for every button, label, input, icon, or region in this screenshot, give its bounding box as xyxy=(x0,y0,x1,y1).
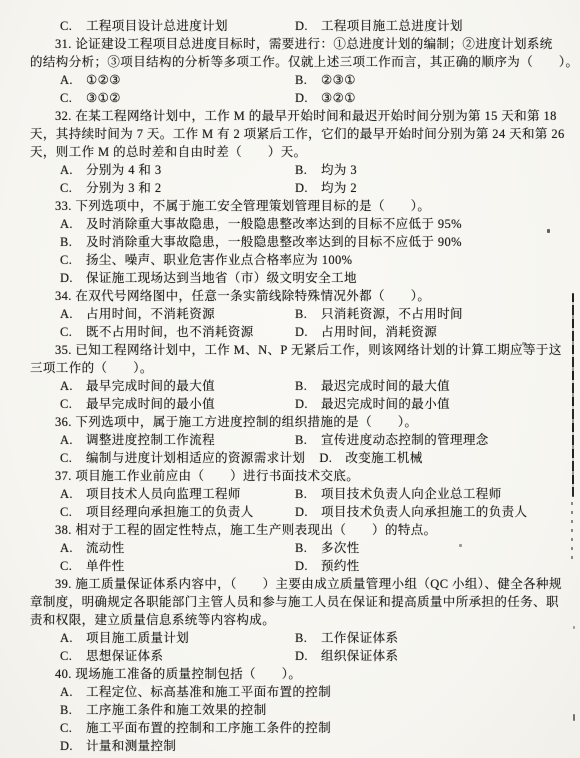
scan-streak-artifact xyxy=(572,293,574,497)
option-text: 工程项目设计总进度计划 xyxy=(86,19,228,33)
option-text: 及时消除重大事故隐患，一般隐患整改率达到的目标不应低于 95% xyxy=(86,217,462,231)
question-stem-line: 天，则工作 M 的总时差和自由时差（ ）天。 xyxy=(30,143,551,161)
option-a: A.流动性 xyxy=(60,539,295,557)
scan-speck xyxy=(573,626,575,629)
option-d: D.占用时间，消耗资源 xyxy=(295,323,437,341)
option-row: A.调整进度控制工作流程 B.宣传进度动态控制的管理理念 xyxy=(30,431,551,449)
exam-content: C.工程项目设计总进度计划 D.工程项目施工总进度计划 31. 论证建设工程项目… xyxy=(30,17,551,755)
option-text: 项目技术负责人向承担施工的负责人 xyxy=(321,505,527,519)
option-label: C. xyxy=(60,251,86,269)
option-label: D. xyxy=(60,269,86,287)
option-label: D. xyxy=(295,323,321,341)
option-label: A. xyxy=(60,71,86,89)
option-label: A. xyxy=(60,683,86,701)
question-stem-line: 34. 在双代号网络图中，任意一条实箭线除特殊情况外都（ ）。 xyxy=(30,287,551,305)
option-d: D.工程项目施工总进度计划 xyxy=(295,17,463,35)
option-c: C.工程项目设计总进度计划 xyxy=(60,17,295,35)
option-line: C.施工平面布置的控制和工序施工条件的控制 xyxy=(30,719,551,737)
option-text: 及时消除重大事故隐患，一般隐患整改率达到的目标不应低于 90% xyxy=(86,235,462,249)
question-stem-line: 40. 现场施工准备的质量控制包括（ ）。 xyxy=(30,665,551,683)
option-d: D.最迟完成时间的最小值 xyxy=(295,395,450,413)
question-39: 39. 施工质量保证体系内容中，（ ）主要由成立质量管理小组（QC 小组）、健全… xyxy=(30,575,551,665)
question-stem-line: 32. 在某工程网络计划中，工作 M 的最早开始时间和最迟开始时间分别为第 15… xyxy=(30,107,551,125)
option-label: C. xyxy=(60,395,86,413)
option-d: D.改变施工机械 xyxy=(319,449,422,467)
question-stem-line: 天，其持续时间为 7 天。工作 M 有 2 项紧后工作，它们的最早开始时间分别为… xyxy=(30,125,551,143)
option-label: B. xyxy=(295,485,321,503)
option-b: B.只消耗资源，不占用时间 xyxy=(295,305,463,323)
option-line: C.扬尘、噪声、职业危害作业点合格率应为 100% xyxy=(30,251,551,269)
option-label: A. xyxy=(60,539,86,557)
option-text: ②③① xyxy=(321,73,356,87)
option-row: C.③①② D.③②① xyxy=(30,89,551,107)
option-label: B. xyxy=(295,161,321,179)
option-row: C.思想保证体系 D.组织保证体系 xyxy=(30,647,551,665)
option-c: C.编制与进度计划相适应的资源需求计划 xyxy=(60,449,319,467)
option-label: C. xyxy=(60,719,86,737)
option-b: B.工作保证体系 xyxy=(295,629,398,647)
option-text: 单件性 xyxy=(86,559,125,573)
option-label: D. xyxy=(295,557,321,575)
question-34: 34. 在双代号网络图中，任意一条实箭线除特殊情况外都（ ）。 A.占用时间，不… xyxy=(30,287,551,341)
option-c: C.单件性 xyxy=(60,557,295,575)
option-row: A.项目施工质量计划 B.工作保证体系 xyxy=(30,629,551,647)
question-32: 32. 在某工程网络计划中，工作 M 的最早开始时间和最迟开始时间分别为第 15… xyxy=(30,107,551,197)
exam-page: C.工程项目设计总进度计划 D.工程项目施工总进度计划 31. 论证建设工程项目… xyxy=(0,0,580,758)
option-label: C. xyxy=(60,17,86,35)
option-a: A.项目施工质量计划 xyxy=(60,629,295,647)
option-line: A.及时消除重大事故隐患，一般隐患整改率达到的目标不应低于 95% xyxy=(30,215,551,233)
option-text: 工序施工条件和施工效果的控制 xyxy=(86,703,267,717)
question-37: 37. 项目施工作业前应由（ ）进行书面技术交底。 A.项目技术人员向监理工程师… xyxy=(30,467,551,521)
option-d: D.均为 2 xyxy=(295,179,357,197)
option-label: A. xyxy=(60,629,86,647)
question-stem-line: 37. 项目施工作业前应由（ ）进行书面技术交底。 xyxy=(30,467,551,485)
option-line: A.工程定位、标高基准和施工平面布置的控制 xyxy=(30,683,551,701)
option-text: 均为 2 xyxy=(321,181,357,195)
option-d: D.项目技术负责人向承担施工的负责人 xyxy=(295,503,527,521)
option-line: B.及时消除重大事故隐患，一般隐患整改率达到的目标不应低于 90% xyxy=(30,233,551,251)
option-label: B. xyxy=(295,629,321,647)
option-label: D. xyxy=(295,503,321,521)
option-label: A. xyxy=(60,377,86,395)
option-text: 占用时间，消耗资源 xyxy=(321,325,437,339)
option-text: 思想保证体系 xyxy=(86,649,163,663)
option-row: A.流动性 B.多次性 xyxy=(30,539,551,557)
option-text: 项目技术人员向监理工程师 xyxy=(86,487,241,501)
option-label: C. xyxy=(60,449,86,467)
option-b: B.宣传进度动态控制的管理理念 xyxy=(295,431,489,449)
option-a: A.项目技术人员向监理工程师 xyxy=(60,485,295,503)
option-label: D. xyxy=(60,737,86,755)
scan-speck xyxy=(573,714,575,721)
option-text: 均为 3 xyxy=(321,163,357,177)
option-b: B.最迟完成时间的最大值 xyxy=(295,377,450,395)
option-row: A.项目技术人员向监理工程师 B.项目技术负责人向企业总工程师 xyxy=(30,485,551,503)
option-text: 施工平面布置的控制和工序施工条件的控制 xyxy=(86,721,331,735)
option-d: D.组织保证体系 xyxy=(295,647,398,665)
option-text: 只消耗资源，不占用时间 xyxy=(321,307,463,321)
option-a: A.调整进度控制工作流程 xyxy=(60,431,295,449)
question-stem-line: 章制度，明确规定各职能部门主管人员和参与施工人员在保证和提高质量中所承担的任务、… xyxy=(30,593,551,611)
question-40: 40. 现场施工准备的质量控制包括（ ）。 A.工程定位、标高基准和施工平面布置… xyxy=(30,665,551,755)
option-text: 分别为 3 和 2 xyxy=(86,181,161,195)
question-stem-line: 责和权限，建立质量信息系统等内容构成。 xyxy=(30,611,551,629)
option-label: C. xyxy=(60,323,86,341)
option-row: C.分别为 3 和 2 D.均为 2 xyxy=(30,179,551,197)
option-d: D.预约性 xyxy=(295,557,360,575)
option-label: B. xyxy=(295,539,321,557)
option-text: 计量和测量控制 xyxy=(86,739,176,753)
option-text: 流动性 xyxy=(86,541,125,555)
option-label: B. xyxy=(60,701,86,719)
option-c: C.项目经理向承担施工的负责人 xyxy=(60,503,295,521)
scan-speck xyxy=(522,342,526,345)
option-text: 占用时间，不消耗资源 xyxy=(86,307,215,321)
option-text: 最迟完成时间的最小值 xyxy=(321,397,450,411)
question-stem-line: 36. 下列选项中，属于施工方进度控制的组织措施的是（ ）。 xyxy=(30,413,551,431)
question-stem-line: 三项工作的（ ）。 xyxy=(30,359,551,377)
option-row: A.①②③ B.②③① xyxy=(30,71,551,89)
option-text: ③①② xyxy=(86,91,121,105)
option-b: B.②③① xyxy=(295,71,356,89)
option-row: A.最早完成时间的最大值 B.最迟完成时间的最大值 xyxy=(30,377,551,395)
option-label: A. xyxy=(60,431,86,449)
question-stem-line: 31. 论证建设工程项目总进度目标时，需要进行：①总进度计划的编制；②进度计划系… xyxy=(30,35,551,53)
option-text: 预约性 xyxy=(321,559,360,573)
option-row: A.分别为 4 和 3 B.均为 3 xyxy=(30,161,551,179)
option-label: C. xyxy=(60,503,86,521)
scan-speck xyxy=(459,544,462,547)
option-c: C.分别为 3 和 2 xyxy=(60,179,295,197)
scan-speck xyxy=(547,229,550,233)
option-text: 工程定位、标高基准和施工平面布置的控制 xyxy=(86,685,331,699)
option-c: C.最早完成时间的最小值 xyxy=(60,395,295,413)
option-row: C.编制与进度计划相适应的资源需求计划 D.改变施工机械 xyxy=(30,449,551,467)
option-line: D.保证施工现场达到当地省（市）级文明安全工地 xyxy=(30,269,551,287)
option-label: B. xyxy=(295,71,321,89)
option-text: 保证施工现场达到当地省（市）级文明安全工地 xyxy=(86,271,357,285)
question-35: 35. 已知工程网络计划中，工作 M、N、P 无紧后工作，则该网络计划的计算工期… xyxy=(30,341,551,413)
option-a: A.占用时间，不消耗资源 xyxy=(60,305,295,323)
option-text: 最早完成时间的最小值 xyxy=(86,397,215,411)
option-text: 项目经理向承担施工的负责人 xyxy=(86,505,254,519)
question-stem-line: 33. 下列选项中，不属于施工安全管理策划管理目标的是（ ）。 xyxy=(30,197,551,215)
question-31: 31. 论证建设工程项目总进度目标时，需要进行：①总进度计划的编制；②进度计划系… xyxy=(30,35,551,107)
option-label: B. xyxy=(295,431,321,449)
question-38: 38. 相对于工程的固定性特点，施工生产则表现出（ ）的特点。 A.流动性 B.… xyxy=(30,521,551,575)
option-label: C. xyxy=(60,647,86,665)
option-d: D.③②① xyxy=(295,89,356,107)
option-b: B.项目技术负责人向企业总工程师 xyxy=(295,485,502,503)
option-a: A.分别为 4 和 3 xyxy=(60,161,295,179)
option-text: 多次性 xyxy=(321,541,360,555)
option-text: 宣传进度动态控制的管理理念 xyxy=(321,433,489,447)
option-label: C. xyxy=(60,89,86,107)
option-text: 编制与进度计划相适应的资源需求计划 xyxy=(86,451,305,465)
option-text: 改变施工机械 xyxy=(345,451,422,465)
option-c: C.既不占用时间，也不消耗资源 xyxy=(60,323,295,341)
scan-streak-artifact-faint xyxy=(571,502,573,560)
option-label: A. xyxy=(60,485,86,503)
question-36: 36. 下列选项中，属于施工方进度控制的组织措施的是（ ）。 A.调整进度控制工… xyxy=(30,413,551,467)
option-label: D. xyxy=(319,449,345,467)
question-stem-line: 39. 施工质量保证体系内容中，（ ）主要由成立质量管理小组（QC 小组）、健全… xyxy=(30,575,551,593)
option-text: 工程项目施工总进度计划 xyxy=(321,19,463,33)
option-text: 组织保证体系 xyxy=(321,649,398,663)
option-c: C.③①② xyxy=(60,89,295,107)
option-text: 最迟完成时间的最大值 xyxy=(321,379,450,393)
option-row: C.项目经理向承担施工的负责人 D.项目技术负责人向承担施工的负责人 xyxy=(30,503,551,521)
option-label: D. xyxy=(295,395,321,413)
option-label: C. xyxy=(60,557,86,575)
question-stem-line: 35. 已知工程网络计划中，工作 M、N、P 无紧后工作，则该网络计划的计算工期… xyxy=(30,341,551,359)
option-text: 扬尘、噪声、职业危害作业点合格率应为 100% xyxy=(86,253,353,267)
question-stem-line: 的结构分析；③项目结构的分析等多项工作。仅就上述三项工作而言，其正确的顺序为（ … xyxy=(30,53,551,71)
option-row: C.既不占用时间，也不消耗资源 D.占用时间，消耗资源 xyxy=(30,323,551,341)
option-a: A.①②③ xyxy=(60,71,295,89)
option-text: ③②① xyxy=(321,91,356,105)
option-label: B. xyxy=(295,377,321,395)
option-text: 调整进度控制工作流程 xyxy=(86,433,215,447)
option-label: D. xyxy=(295,17,321,35)
option-c: C.思想保证体系 xyxy=(60,647,295,665)
option-text: 最早完成时间的最大值 xyxy=(86,379,215,393)
question-stem-line: 38. 相对于工程的固定性特点，施工生产则表现出（ ）的特点。 xyxy=(30,521,551,539)
option-label: A. xyxy=(60,305,86,323)
option-label: A. xyxy=(60,215,86,233)
option-row: A.占用时间，不消耗资源 B.只消耗资源，不占用时间 xyxy=(30,305,551,323)
option-b: B.多次性 xyxy=(295,539,360,557)
option-text: 项目技术负责人向企业总工程师 xyxy=(321,487,502,501)
option-text: 项目施工质量计划 xyxy=(86,631,189,645)
option-text: ①②③ xyxy=(86,73,121,87)
option-text: 工作保证体系 xyxy=(321,631,398,645)
option-label: D. xyxy=(295,179,321,197)
option-text: 既不占用时间，也不消耗资源 xyxy=(86,325,254,339)
option-row: C.单件性 D.预约性 xyxy=(30,557,551,575)
option-label: D. xyxy=(295,89,321,107)
option-label: C. xyxy=(60,179,86,197)
option-b: B.均为 3 xyxy=(295,161,357,179)
option-a: A.最早完成时间的最大值 xyxy=(60,377,295,395)
option-label: A. xyxy=(60,161,86,179)
option-label: B. xyxy=(60,233,86,251)
option-label: D. xyxy=(295,647,321,665)
option-line: B.工序施工条件和施工效果的控制 xyxy=(30,701,551,719)
option-text: 分别为 4 和 3 xyxy=(86,163,161,177)
option-row: C.最早完成时间的最小值 D.最迟完成时间的最小值 xyxy=(30,395,551,413)
option-line: D.计量和测量控制 xyxy=(30,737,551,755)
option-label: B. xyxy=(295,305,321,323)
question-30-option-row: C.工程项目设计总进度计划 D.工程项目施工总进度计划 xyxy=(30,17,551,35)
question-33: 33. 下列选项中，不属于施工安全管理策划管理目标的是（ ）。 A.及时消除重大… xyxy=(30,197,551,287)
